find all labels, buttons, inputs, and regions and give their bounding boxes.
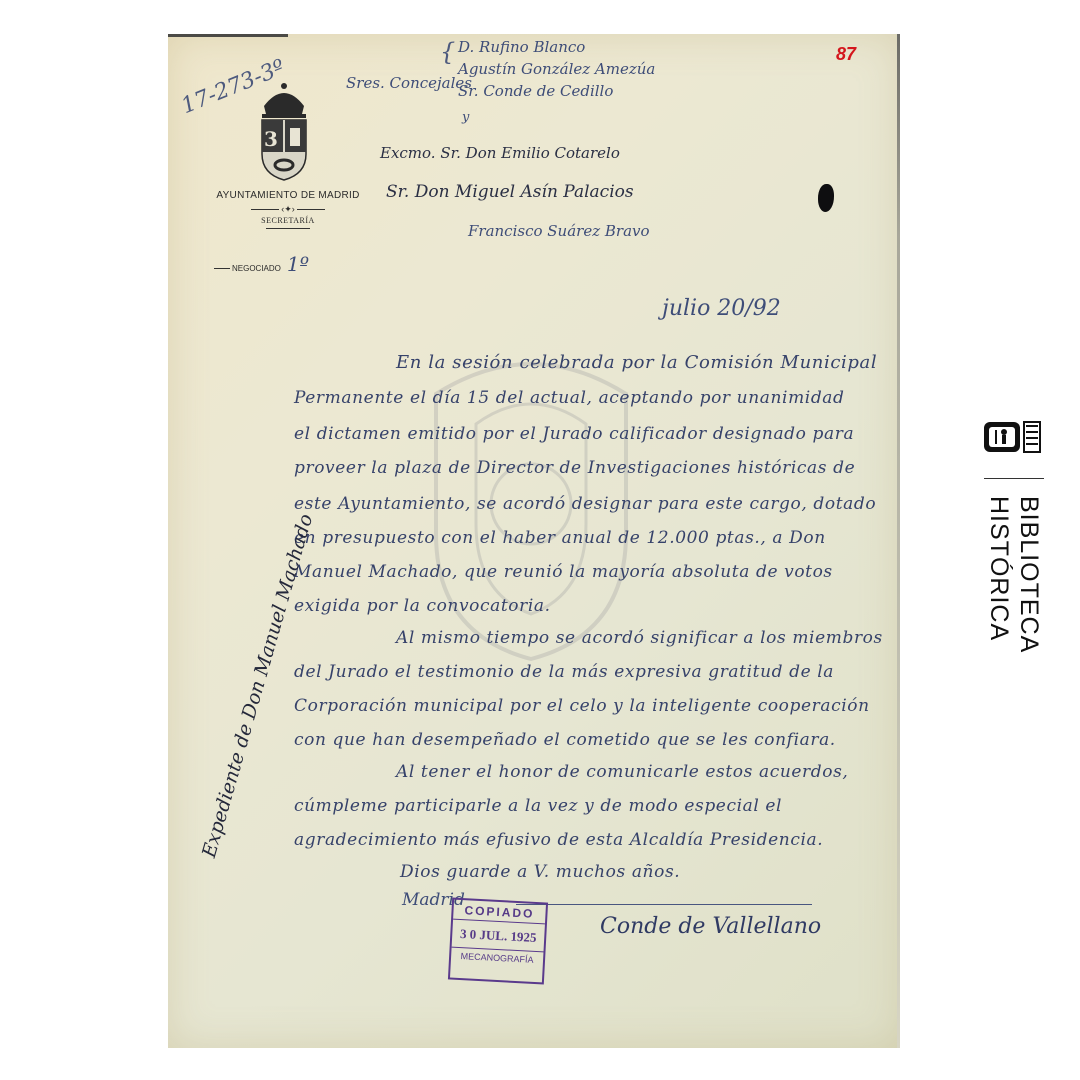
- brand-line2: HISTÓRICA: [984, 496, 1014, 653]
- body-line: Corporación municipal por el celo y la i…: [294, 696, 870, 716]
- department-name: SECRETARÍA: [208, 216, 368, 225]
- addressee-b1: Excmo. Sr. Don Emilio Cotarelo: [380, 144, 620, 162]
- stamp-line3: MECANOGRAFÍA: [451, 948, 544, 969]
- body-line: Permanente el día 15 del actual, aceptan…: [294, 388, 845, 408]
- body-line: con que han desempeñado el cometido que …: [294, 730, 836, 750]
- divider: [984, 478, 1044, 479]
- addressee-group-label: Sres. Concejales: [346, 74, 472, 92]
- signature-line: [516, 904, 812, 905]
- madrid-coat-of-arms-icon: [982, 418, 1042, 456]
- body-line: el dictamen emitido por el Jurado califi…: [294, 424, 854, 444]
- madrid-crest-icon: 3: [256, 82, 312, 182]
- biblioteca-historica-branding: BIBLIOTECA HISTÓRICA: [982, 418, 1046, 668]
- addressee-b3: Francisco Suárez Bravo: [468, 222, 650, 240]
- document-page: 17-273-3º 87 3 AYUNTAMIENTO DE MADRID ‹✦…: [168, 34, 900, 1048]
- body-line: Dios guarde a V. muchos años.: [400, 862, 680, 882]
- negociado-field: NEGOCIADO1º: [214, 252, 309, 276]
- signature: Conde de Vallellano: [600, 914, 821, 939]
- body-line: en presupuesto con el haber anual de 12.…: [294, 528, 826, 548]
- brand-line1: BIBLIOTECA: [1014, 496, 1044, 653]
- body-line: agradecimiento más efusivo de esta Alcal…: [294, 830, 823, 850]
- page-edge: [168, 34, 288, 37]
- body-line: Al mismo tiempo se acordó significar a l…: [396, 628, 883, 648]
- negociado-label: NEGOCIADO: [232, 264, 281, 273]
- letter-date: julio 20/92: [662, 296, 781, 321]
- body-line: proveer la plaza de Director de Investig…: [294, 458, 855, 478]
- body-line: En la sesión celebrada por la Comisión M…: [396, 352, 877, 373]
- addressee-b2: Sr. Don Miguel Asín Palacios: [386, 182, 634, 202]
- addressee-a1: D. Rufino Blanco: [458, 38, 585, 56]
- body-line: Al tener el honor de comunicarle estos a…: [396, 762, 848, 782]
- copiado-stamp: COPIADO 3 0 JUL. 1925 MECANOGRAFÍA: [448, 898, 548, 985]
- addressee-a2: Agustín González Amezúa: [458, 60, 655, 78]
- brand-title: BIBLIOTECA HISTÓRICA: [984, 496, 1044, 653]
- institution-name: AYUNTAMIENTO DE MADRID: [208, 190, 368, 201]
- letterhead: AYUNTAMIENTO DE MADRID ‹✦› SECRETARÍA: [208, 190, 368, 229]
- ornament-divider: ‹✦›: [208, 204, 368, 215]
- body-line: cúmpleme participarle a la vez y de modo…: [294, 796, 782, 816]
- folio-number: 87: [836, 44, 856, 65]
- body-line: exigida por la convocatoria.: [294, 596, 551, 616]
- bracket: {: [440, 38, 455, 66]
- svg-text:3: 3: [264, 127, 278, 151]
- body-line: Manuel Machado, que reunió la mayoría ab…: [294, 562, 833, 582]
- divider: [266, 228, 310, 229]
- page-edge: [897, 34, 900, 1048]
- body-line: del Jurado el testimonio de la más expre…: [294, 662, 834, 682]
- negociado-value: 1º: [287, 252, 309, 276]
- addressee-a3: Sr. Conde de Cedillo: [458, 82, 613, 100]
- body-line: este Ayuntamiento, se acordó designar pa…: [294, 494, 876, 514]
- ink-blot: [818, 184, 834, 212]
- addressee-connector: y: [462, 110, 469, 125]
